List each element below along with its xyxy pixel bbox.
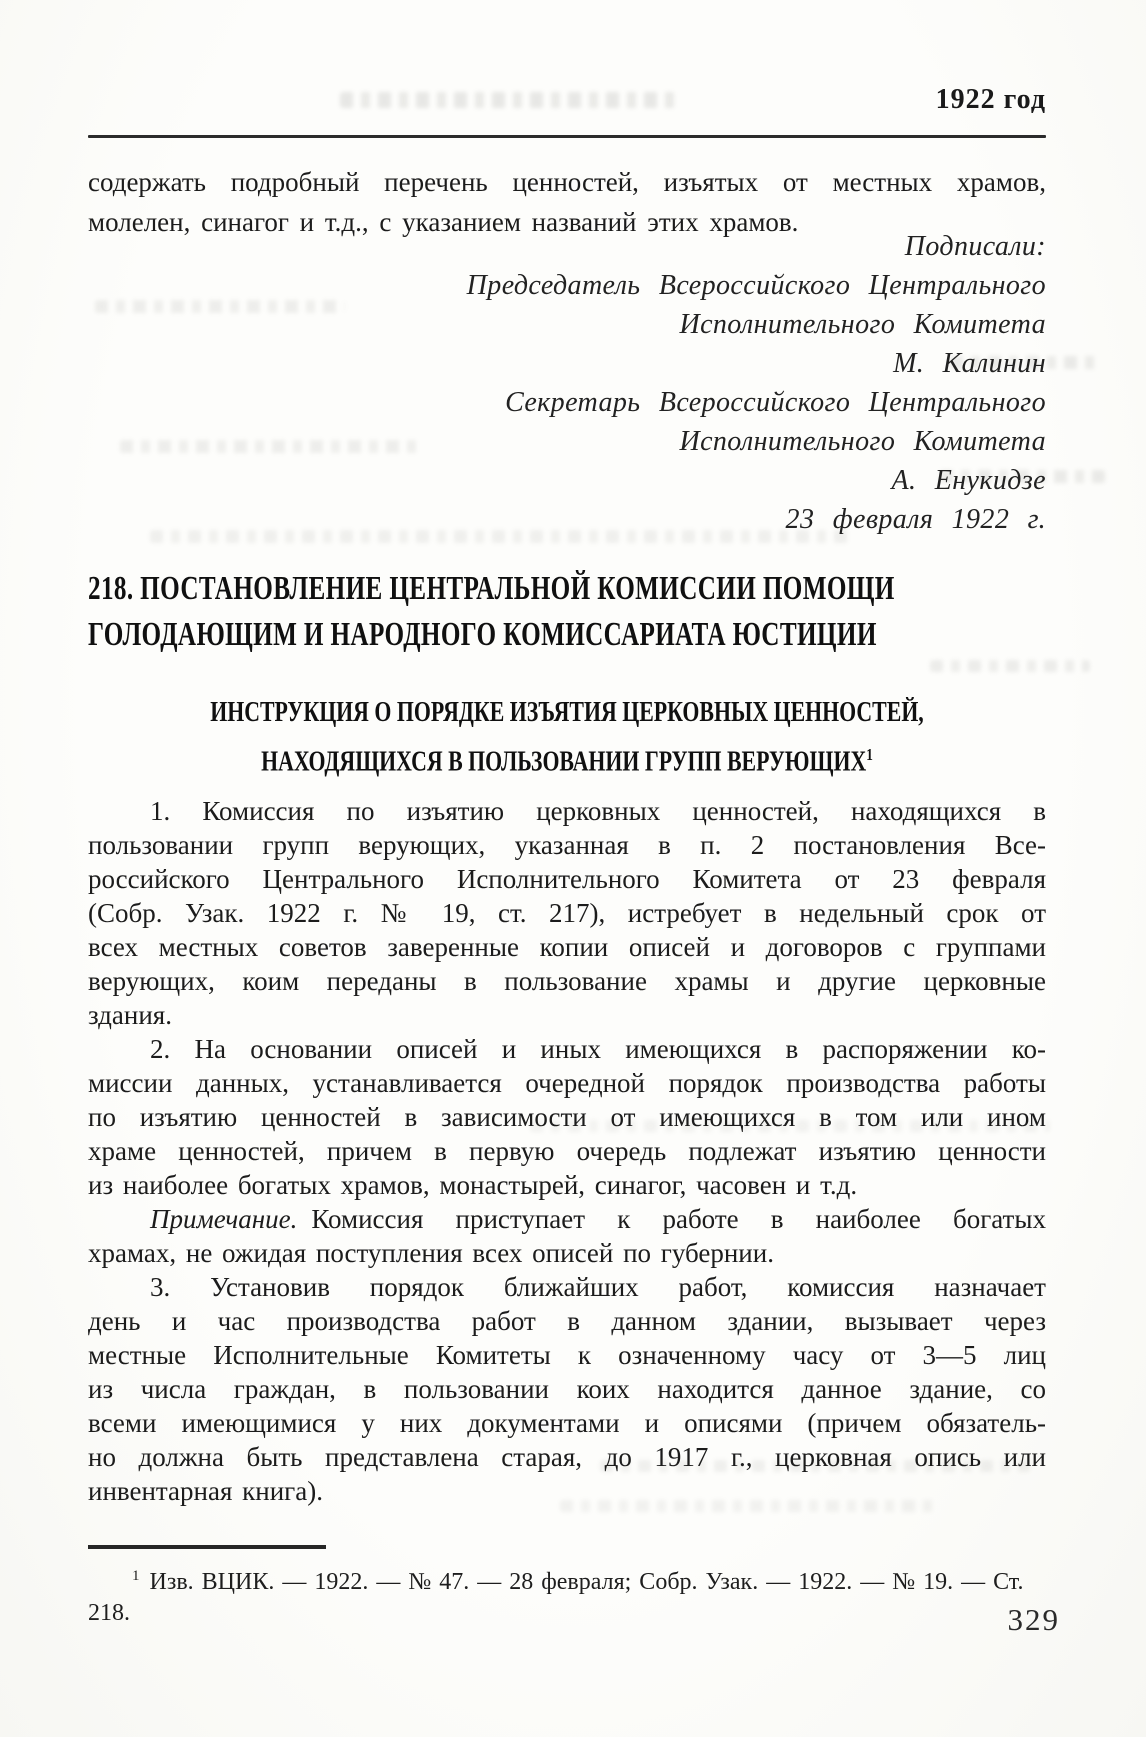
signature-line: Исполнительного Комитета [88, 305, 1046, 344]
footnote-text: Изв. ВЦИК. — 1922. — № 47. — 28 февраля;… [88, 1569, 1023, 1626]
body-line: миссии данных, устанавливается очередной… [88, 1066, 1046, 1100]
section-heading-line: ГОЛОДАЮЩИМ И НАРОДНОГО КОМИССАРИАТА ЮСТИ… [88, 612, 797, 658]
body-line: день и час производства работ в данном з… [88, 1304, 1046, 1338]
body-line: местные Исполнительные Комитеты к означе… [88, 1338, 1046, 1372]
body-paragraph: 2. На основании описей и иных имеющихся … [88, 1032, 1046, 1202]
body-line: российского Центрального Исполнительного… [88, 862, 1046, 896]
section-heading: 218. ПОСТАНОВЛЕНИЕ ЦЕНТРАЛЬНОЙ КОМИССИИ … [88, 566, 1046, 658]
body-line: всеми имеющимися у них документами и опи… [88, 1406, 1046, 1440]
body-line: храме ценностей, причем в первую очередь… [88, 1134, 1046, 1168]
signature-line: М. Калинин [88, 344, 1046, 383]
subtitle-line: НАХОДЯЩИХСЯ В ПОЛЬЗОВАНИИ ГРУПП ВЕРУЮЩИХ… [193, 734, 940, 783]
note-paragraph: Примечание.Комиссия приступает к работе … [88, 1202, 1046, 1270]
page-number: 329 [1008, 1602, 1061, 1638]
footnote: 1Изв. ВЦИК. — 1922. — № 47. — 28 февраля… [88, 1561, 1046, 1629]
body-line: верующих, коим переданы в пользование хр… [88, 964, 1046, 998]
body-paragraph: 1. Комиссия по изъятию церковных ценност… [88, 794, 1046, 1032]
header-rule [88, 135, 1046, 138]
footnote-marker: 1 [132, 1568, 140, 1584]
section-heading-line: 218. ПОСТАНОВЛЕНИЕ ЦЕНТРАЛЬНОЙ КОМИССИИ … [88, 566, 797, 612]
note-lead: Примечание. [150, 1204, 297, 1234]
body-line: 2. На основании описей и иных имеющихся … [88, 1032, 1046, 1066]
signature-line: Председатель Всероссийского Центрального [88, 266, 1046, 305]
body-line: по изъятию ценностей в зависимости от им… [88, 1100, 1046, 1134]
body-line: пользовании групп верующих, указанная в … [88, 828, 1046, 862]
body-line: из числа граждан, в пользовании коих нах… [88, 1372, 1046, 1406]
signature-line: Секретарь Всероссийского Центрального [88, 383, 1046, 422]
document-body: 1. Комиссия по изъятию церковных ценност… [88, 794, 1046, 1508]
body-line: из наиболее богатых храмов, монастырей, … [88, 1168, 1046, 1202]
body-line: инвентарная книга). [88, 1474, 1046, 1508]
signature-line: Исполнительного Комитета [88, 422, 1046, 461]
signature-block: Подписали: Председатель Всероссийского Ц… [88, 227, 1046, 539]
showthrough-artifact [930, 660, 1090, 672]
body-line: (Собр. Узак. 1922 г. № 19, ст. 217), ист… [88, 896, 1046, 930]
body-paragraph: 3. Установив порядок ближайших работ, ко… [88, 1270, 1046, 1508]
signed-label: Подписали: [88, 227, 1046, 266]
subtitle-line: ИНСТРУКЦИЯ О ПОРЯДКЕ ИЗЪЯТИЯ ЦЕРКОВНЫХ Ц… [193, 692, 940, 734]
signature-date: 23 февраля 1922 г. [88, 500, 1046, 539]
body-line: Примечание.Комиссия приступает к работе … [88, 1202, 1046, 1236]
body-line: храмах, не ожидая поступления всех описе… [88, 1236, 1046, 1270]
body-line: 3. Установив порядок ближайших работ, ко… [88, 1270, 1046, 1304]
running-head: 1922 год [88, 84, 1046, 116]
body-line: но должна быть представлена старая, до 1… [88, 1440, 1046, 1474]
footnote-ref: 1 [866, 745, 873, 764]
note-text: Комиссия приступает к работе в наиболее … [311, 1204, 1046, 1234]
signature-line: А. Енукидзе [88, 461, 1046, 500]
body-line: всех местных советов заверенные копии оп… [88, 930, 1046, 964]
footnote-rule [88, 1545, 326, 1549]
body-line: 1. Комиссия по изъятию церковных ценност… [88, 794, 1046, 828]
doc-subtitle: ИНСТРУКЦИЯ О ПОРЯДКЕ ИЗЪЯТИЯ ЦЕРКОВНЫХ Ц… [88, 692, 1046, 783]
document-page: 1922 год содержать подробный перечень це… [0, 0, 1146, 1737]
body-line: здания. [88, 998, 1046, 1032]
intro-line: содержать подробный перечень ценностей, … [88, 162, 1046, 202]
